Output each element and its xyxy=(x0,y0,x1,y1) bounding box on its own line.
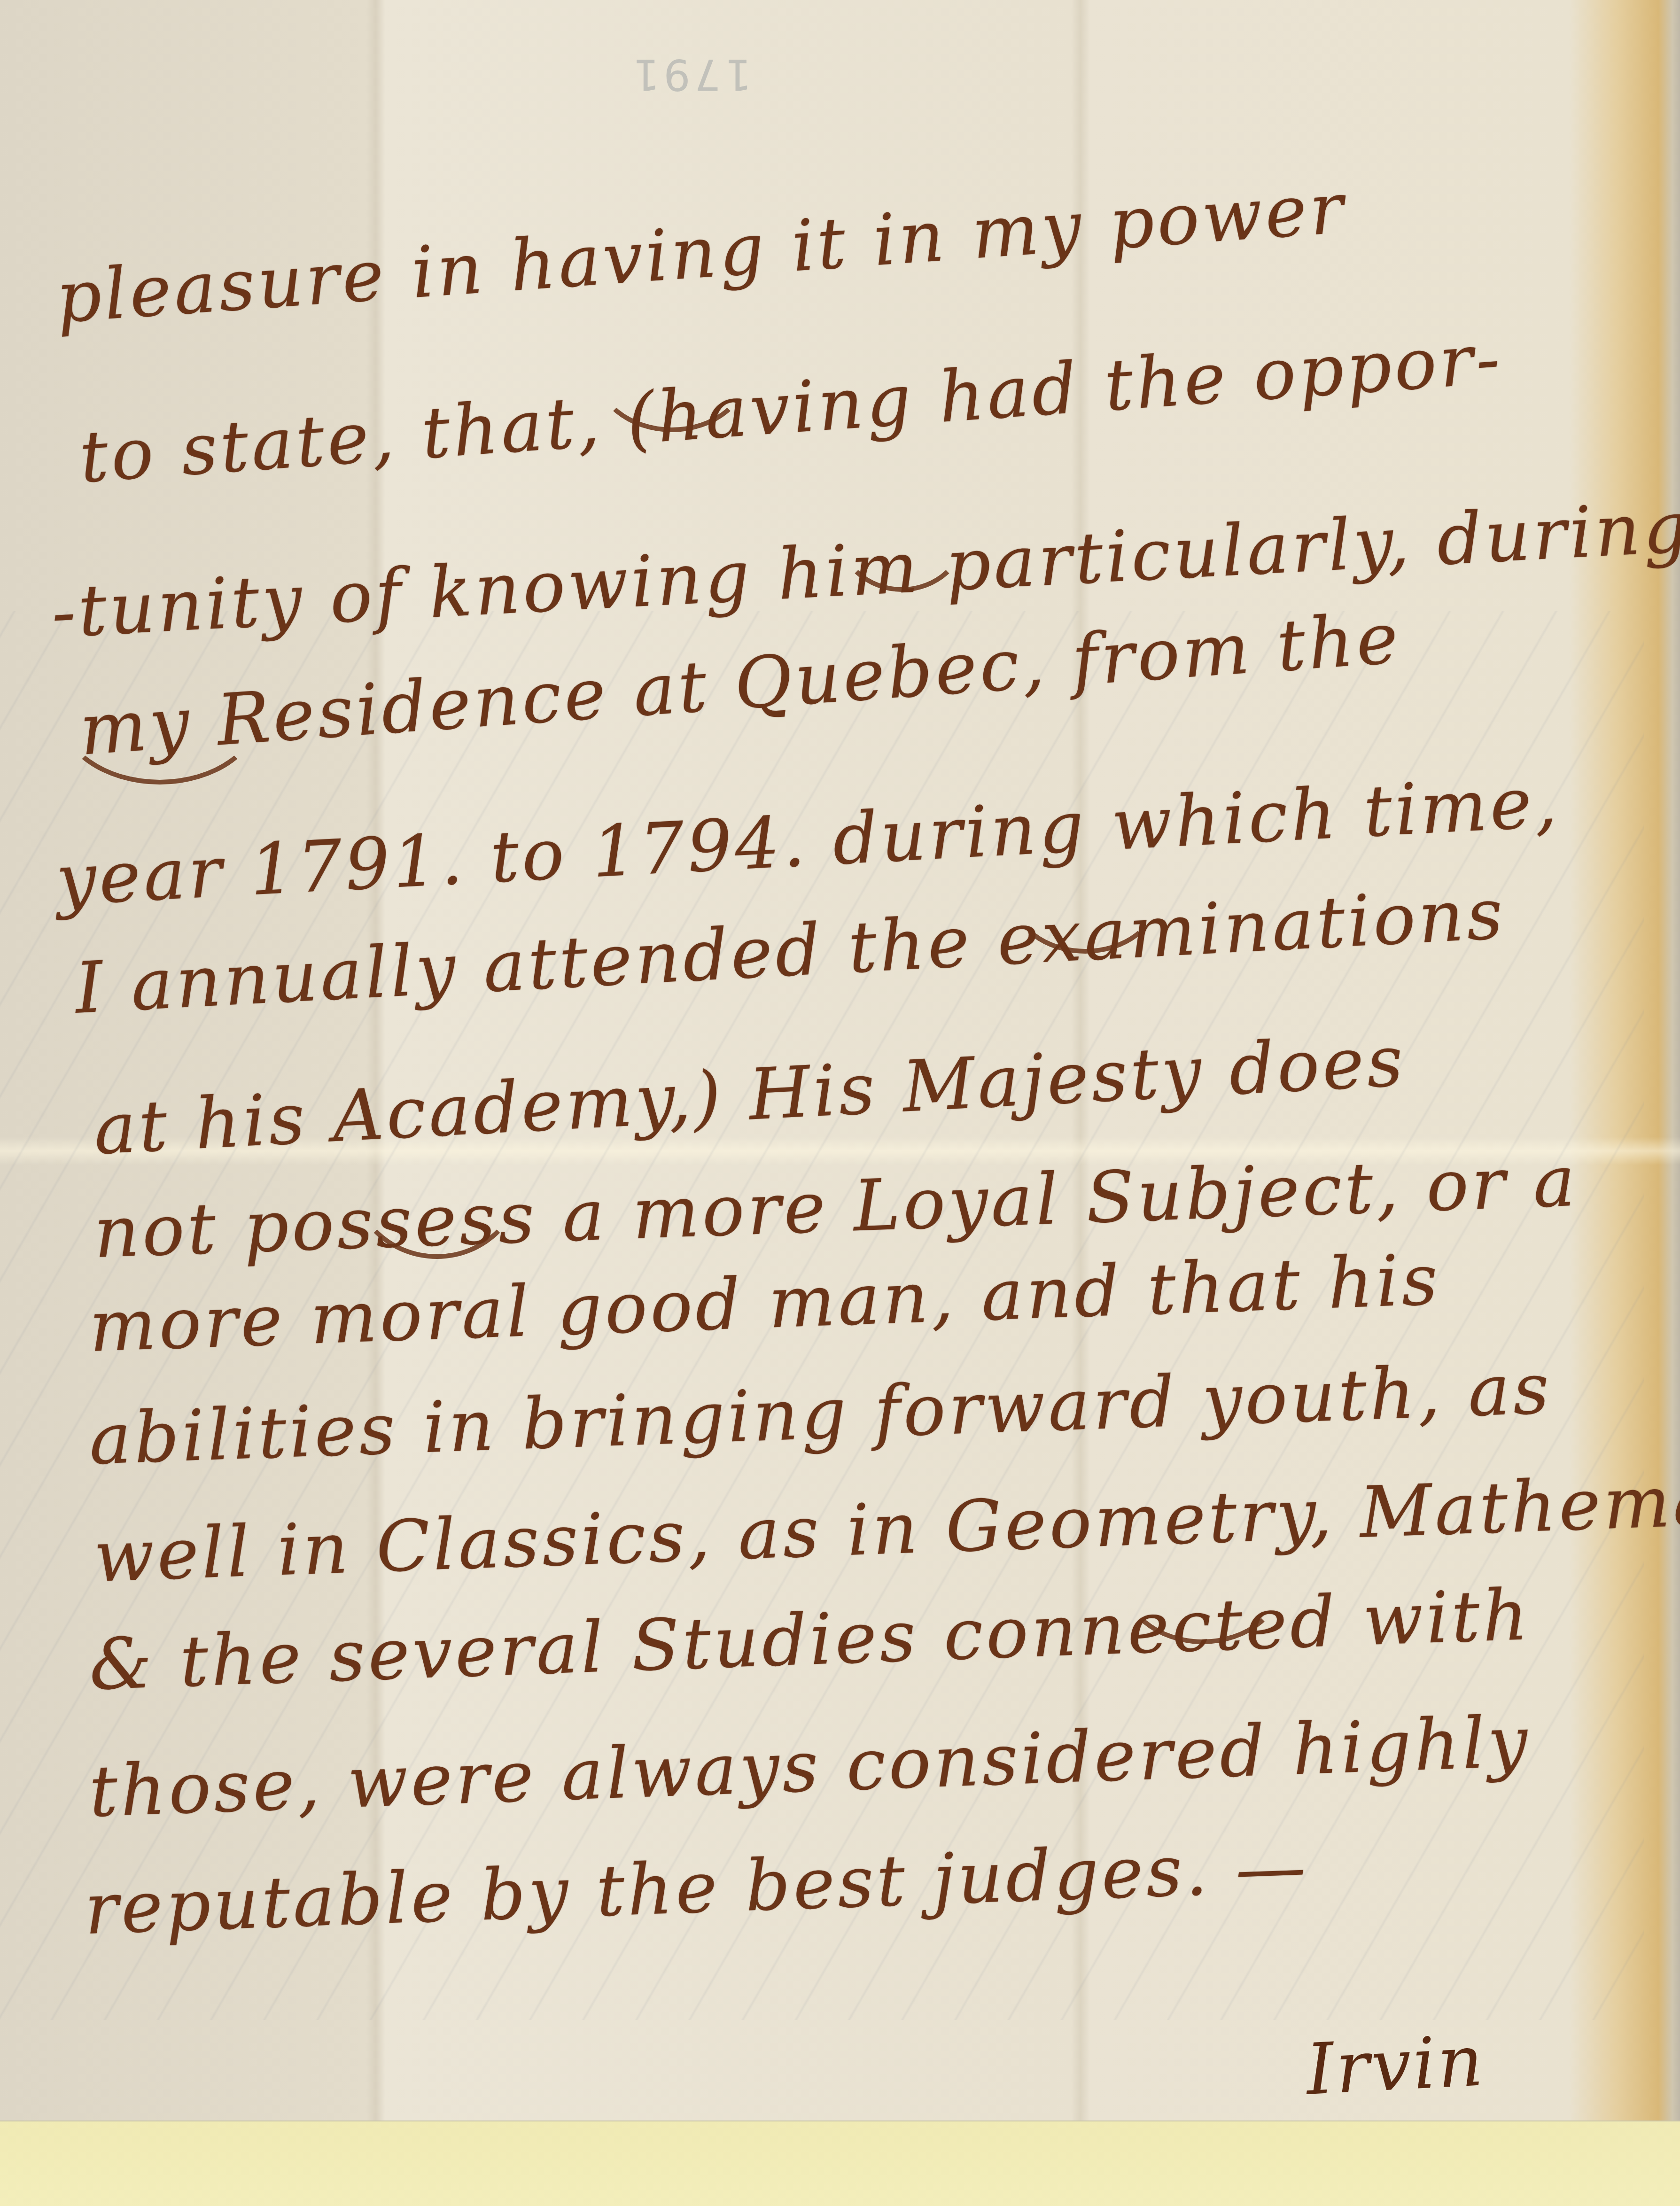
ink-flourish xyxy=(592,301,752,432)
letter-line-11: well in Classics, as in Geometry, Mathem… xyxy=(93,1460,1680,1592)
ink-flourish xyxy=(348,1080,526,1259)
letter-page: 1791 pleasure in having it in my power t… xyxy=(0,0,1680,2206)
ink-flourish xyxy=(1010,836,1160,954)
letter-line-7: at his Academy,) His Majesty does xyxy=(92,1026,1408,1165)
letter-line-2: to state, that, (having had the oppor- xyxy=(78,323,1505,493)
letter-line-12: & the several Studies connected with xyxy=(88,1580,1532,1701)
ink-flourish xyxy=(1118,1503,1287,1644)
letter-line-10: abilities in bringing forward youth, as xyxy=(88,1353,1553,1475)
page-bottom-edge xyxy=(0,2121,1680,2206)
letter-body: pleasure in having it in my power to sta… xyxy=(0,0,1680,2206)
ink-flourish xyxy=(56,634,263,785)
letter-line-14: reputable by the best judges. — xyxy=(83,1832,1310,1945)
letter-line-13: those, were always considered highly xyxy=(88,1707,1531,1827)
signature: Irvin xyxy=(1304,2020,1487,2111)
ink-flourish xyxy=(836,470,968,592)
